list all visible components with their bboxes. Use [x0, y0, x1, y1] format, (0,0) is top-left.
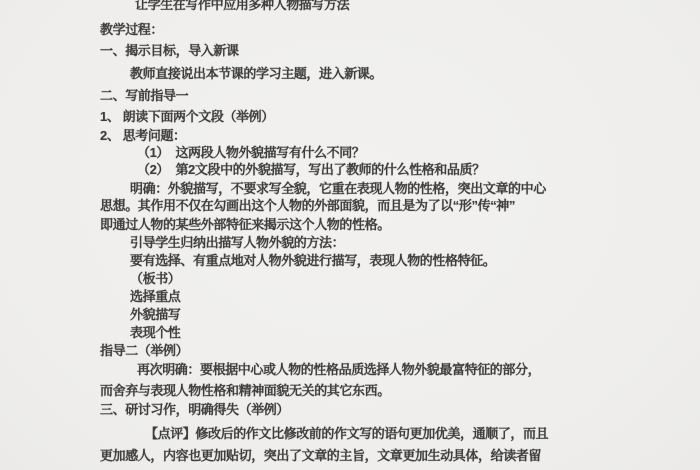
text-line: （1） 这两段人物外貌描写有什么不同？	[137, 146, 364, 159]
text-line: 外貌描写	[130, 308, 180, 321]
text-line: 2、 思考问题：	[100, 129, 186, 142]
text-line: 一、揭示目标，导入新课	[100, 44, 239, 57]
document-page: 让学生在写作中应用多种人物描写方法 教学过程：一、揭示目标，导入新课教师直接说出…	[0, 0, 700, 470]
text-line: 1、 朗读下面两个文段（举例）	[100, 110, 274, 123]
text-line: 【点评】修改后的作文比修改前的作文写的语句更加优美，通顺了，而且	[145, 427, 548, 440]
text-line: 明确：外貌描写，不要求写全貌，它重在表现人物的性格，突出文章的中心	[130, 182, 546, 195]
text-line: 引导学生归纳出描写人物外貌的方法：	[130, 236, 344, 249]
text-line: 再次明确：要根据中心或人物的性格品质选择人物外貌最富特征的部分，	[137, 363, 540, 376]
text-line: 教师直接说出本节课的学习主题，进入新课。	[130, 67, 382, 80]
text-line: （板书）	[130, 272, 180, 285]
text-line: 表现个性	[130, 326, 180, 339]
text-line: 选择重点	[130, 290, 180, 303]
text-line: 指导二（举例）	[100, 344, 188, 357]
text-line: 教学过程：	[100, 23, 163, 36]
text-line: 二、写前指导一	[100, 89, 188, 102]
text-line: 即通过人物的某些外部特征来揭示这个人物的性格。	[100, 218, 390, 231]
text-line: 而舍弃与表现人物性格和精神面貌无关的其它东西。	[100, 384, 390, 397]
text-line: 思想。其作用不仅在勾画出这个人物的外部面貌，而且是为了以“形”传“神”	[100, 199, 515, 212]
document-title: 让学生在写作中应用多种人物描写方法	[135, 0, 349, 11]
text-line: 要有选择、有重点地对人物外貌进行描写，表现人物的性格特征。	[130, 254, 495, 267]
text-line: （2） 第2文段中的外貌描写，写出了教师的什么性格和品质？	[137, 163, 485, 176]
text-line: 更加感人，内容也更加贴切，突出了文章的主旨，文章更加生动具体，给读者留	[100, 449, 541, 462]
text-line: 三、研讨习作，明确得失（举例）	[100, 403, 289, 416]
